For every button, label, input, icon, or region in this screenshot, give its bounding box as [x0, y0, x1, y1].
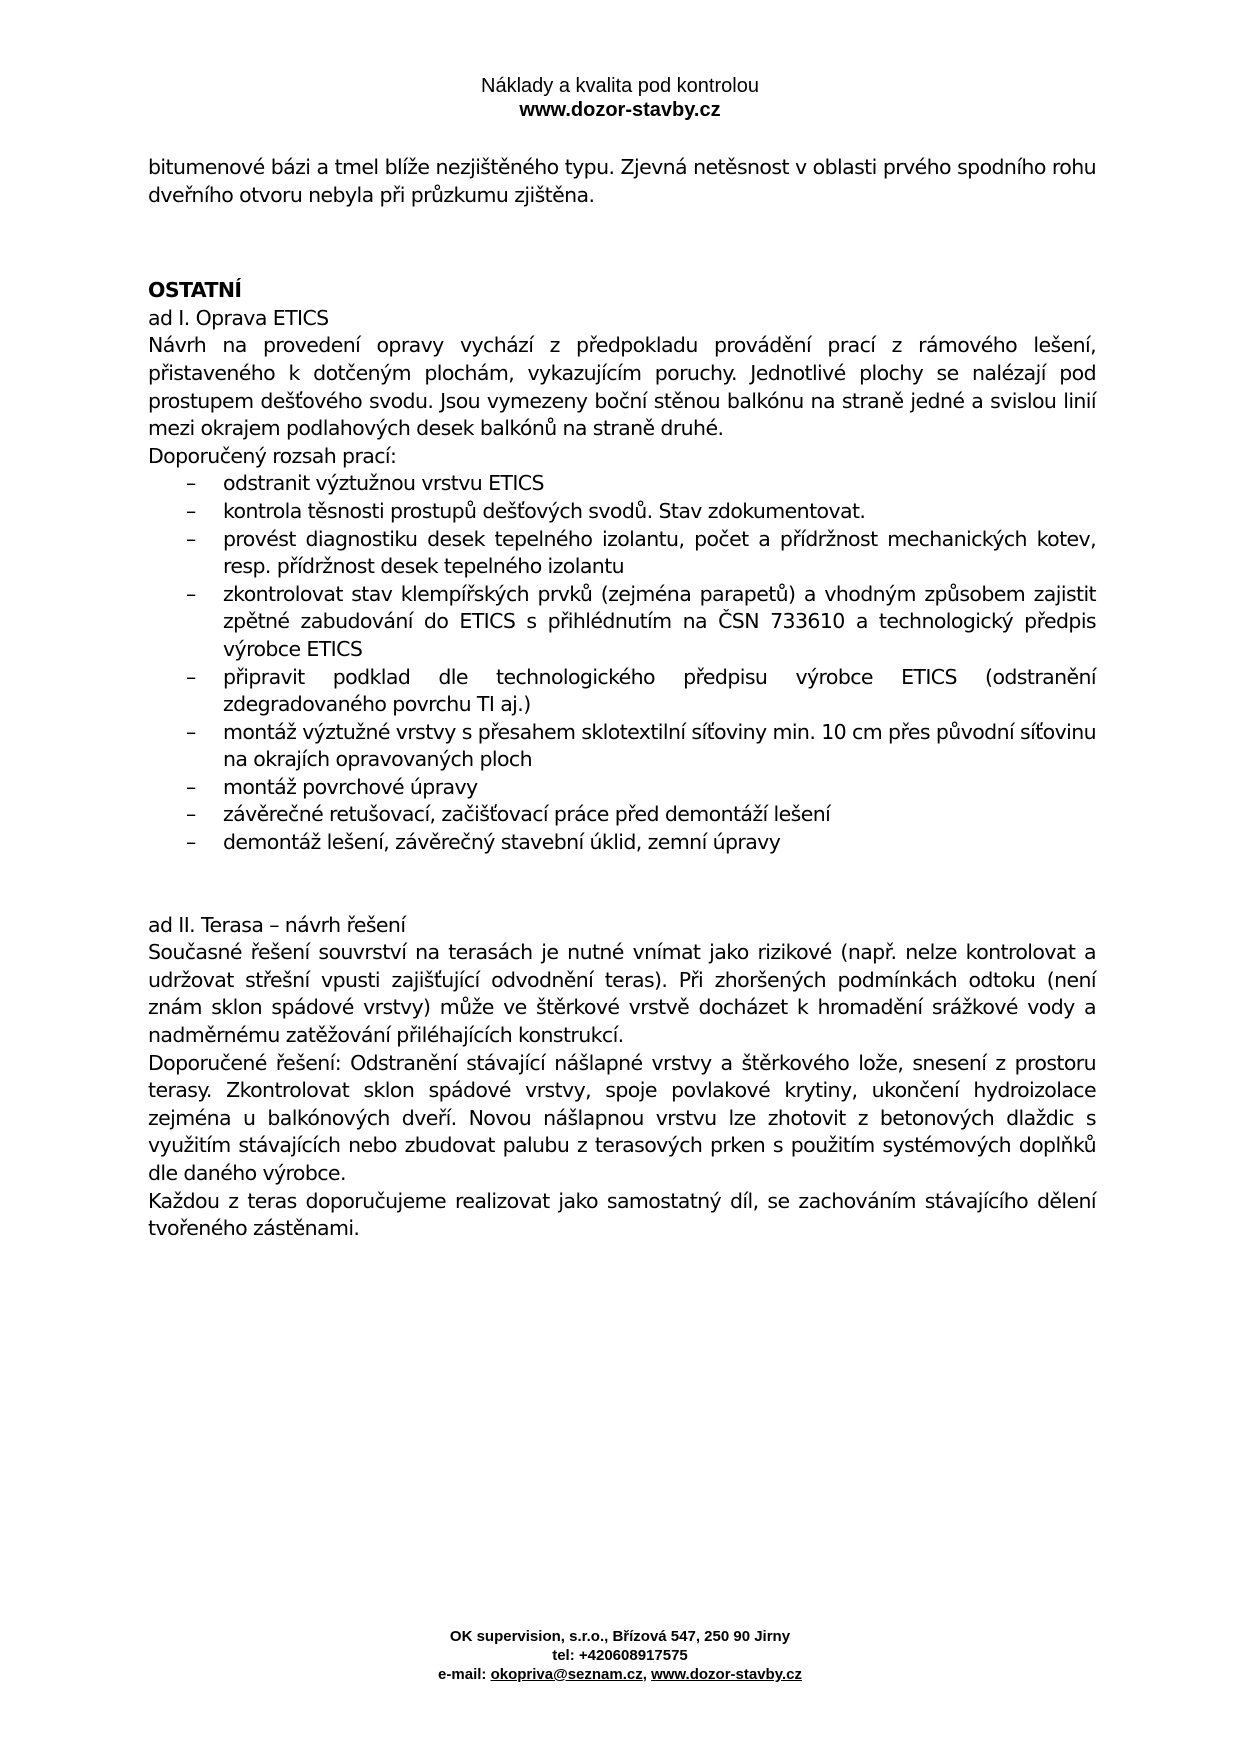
- part2-paragraph-2: Doporučené řešení: Odstranění stávající …: [148, 1050, 1096, 1188]
- part2-title: ad II. Terasa – návrh řešení: [148, 912, 1096, 940]
- part1-list-intro: Doporučený rozsah prací:: [148, 443, 1096, 471]
- list-item: odstranit výztužnou vrstvu ETICS: [223, 470, 1096, 498]
- part1-paragraph: Návrh na provedení opravy vychází z před…: [148, 332, 1096, 442]
- list-item: zkontrolovat stav klempířských prvků (ze…: [223, 581, 1096, 664]
- header-tagline: Náklady a kvalita pod kontrolou: [0, 74, 1240, 98]
- part2-paragraph-3: Každou z teras doporučujeme realizovat j…: [148, 1188, 1096, 1243]
- spacer: [148, 209, 1096, 277]
- footer-company: OK supervision, s.r.o., Břízová 547, 250…: [0, 1627, 1240, 1646]
- spacer: [148, 857, 1096, 912]
- part2-paragraph-1: Současné řešení souvrství na terasách je…: [148, 939, 1096, 1049]
- intro-paragraph: bitumenové bázi a tmel blíže nezjištěnéh…: [148, 154, 1096, 209]
- footer-email-label: e-mail:: [438, 1666, 491, 1683]
- header-url: www.dozor-stavby.cz: [0, 98, 1240, 122]
- list-item: závěrečné retušovací, začišťovací práce …: [223, 801, 1096, 829]
- document-body: bitumenové bázi a tmel blíže nezjištěnéh…: [148, 154, 1096, 1243]
- part1-title: ad I. Oprava ETICS: [148, 305, 1096, 333]
- list-item: montáž povrchové úpravy: [223, 774, 1096, 802]
- footer-separator: ,: [643, 1666, 651, 1683]
- list-item: provést diagnostiku desek tepelného izol…: [223, 526, 1096, 581]
- list-item: kontrola těsnosti prostupů dešťových svo…: [223, 498, 1096, 526]
- list-item: demontáž lešení, závěrečný stavební úkli…: [223, 829, 1096, 857]
- list-item: připravit podklad dle technologického př…: [223, 664, 1096, 719]
- website-link[interactable]: www.dozor-stavby.cz: [651, 1666, 802, 1683]
- recommended-works-list: odstranit výztužnou vrstvu ETICS kontrol…: [148, 470, 1096, 856]
- email-link[interactable]: okopriva@seznam.cz: [491, 1666, 643, 1683]
- footer-phone: tel: +420608917575: [0, 1646, 1240, 1665]
- page-footer: OK supervision, s.r.o., Břízová 547, 250…: [0, 1627, 1240, 1684]
- list-item: montáž výztužné vrstvy s přesahem sklote…: [223, 719, 1096, 774]
- section-heading: OSTATNÍ: [148, 277, 1096, 305]
- footer-contact-line: e-mail: okopriva@seznam.cz, www.dozor-st…: [0, 1665, 1240, 1684]
- page-header: Náklady a kvalita pod kontrolou www.dozo…: [0, 74, 1240, 122]
